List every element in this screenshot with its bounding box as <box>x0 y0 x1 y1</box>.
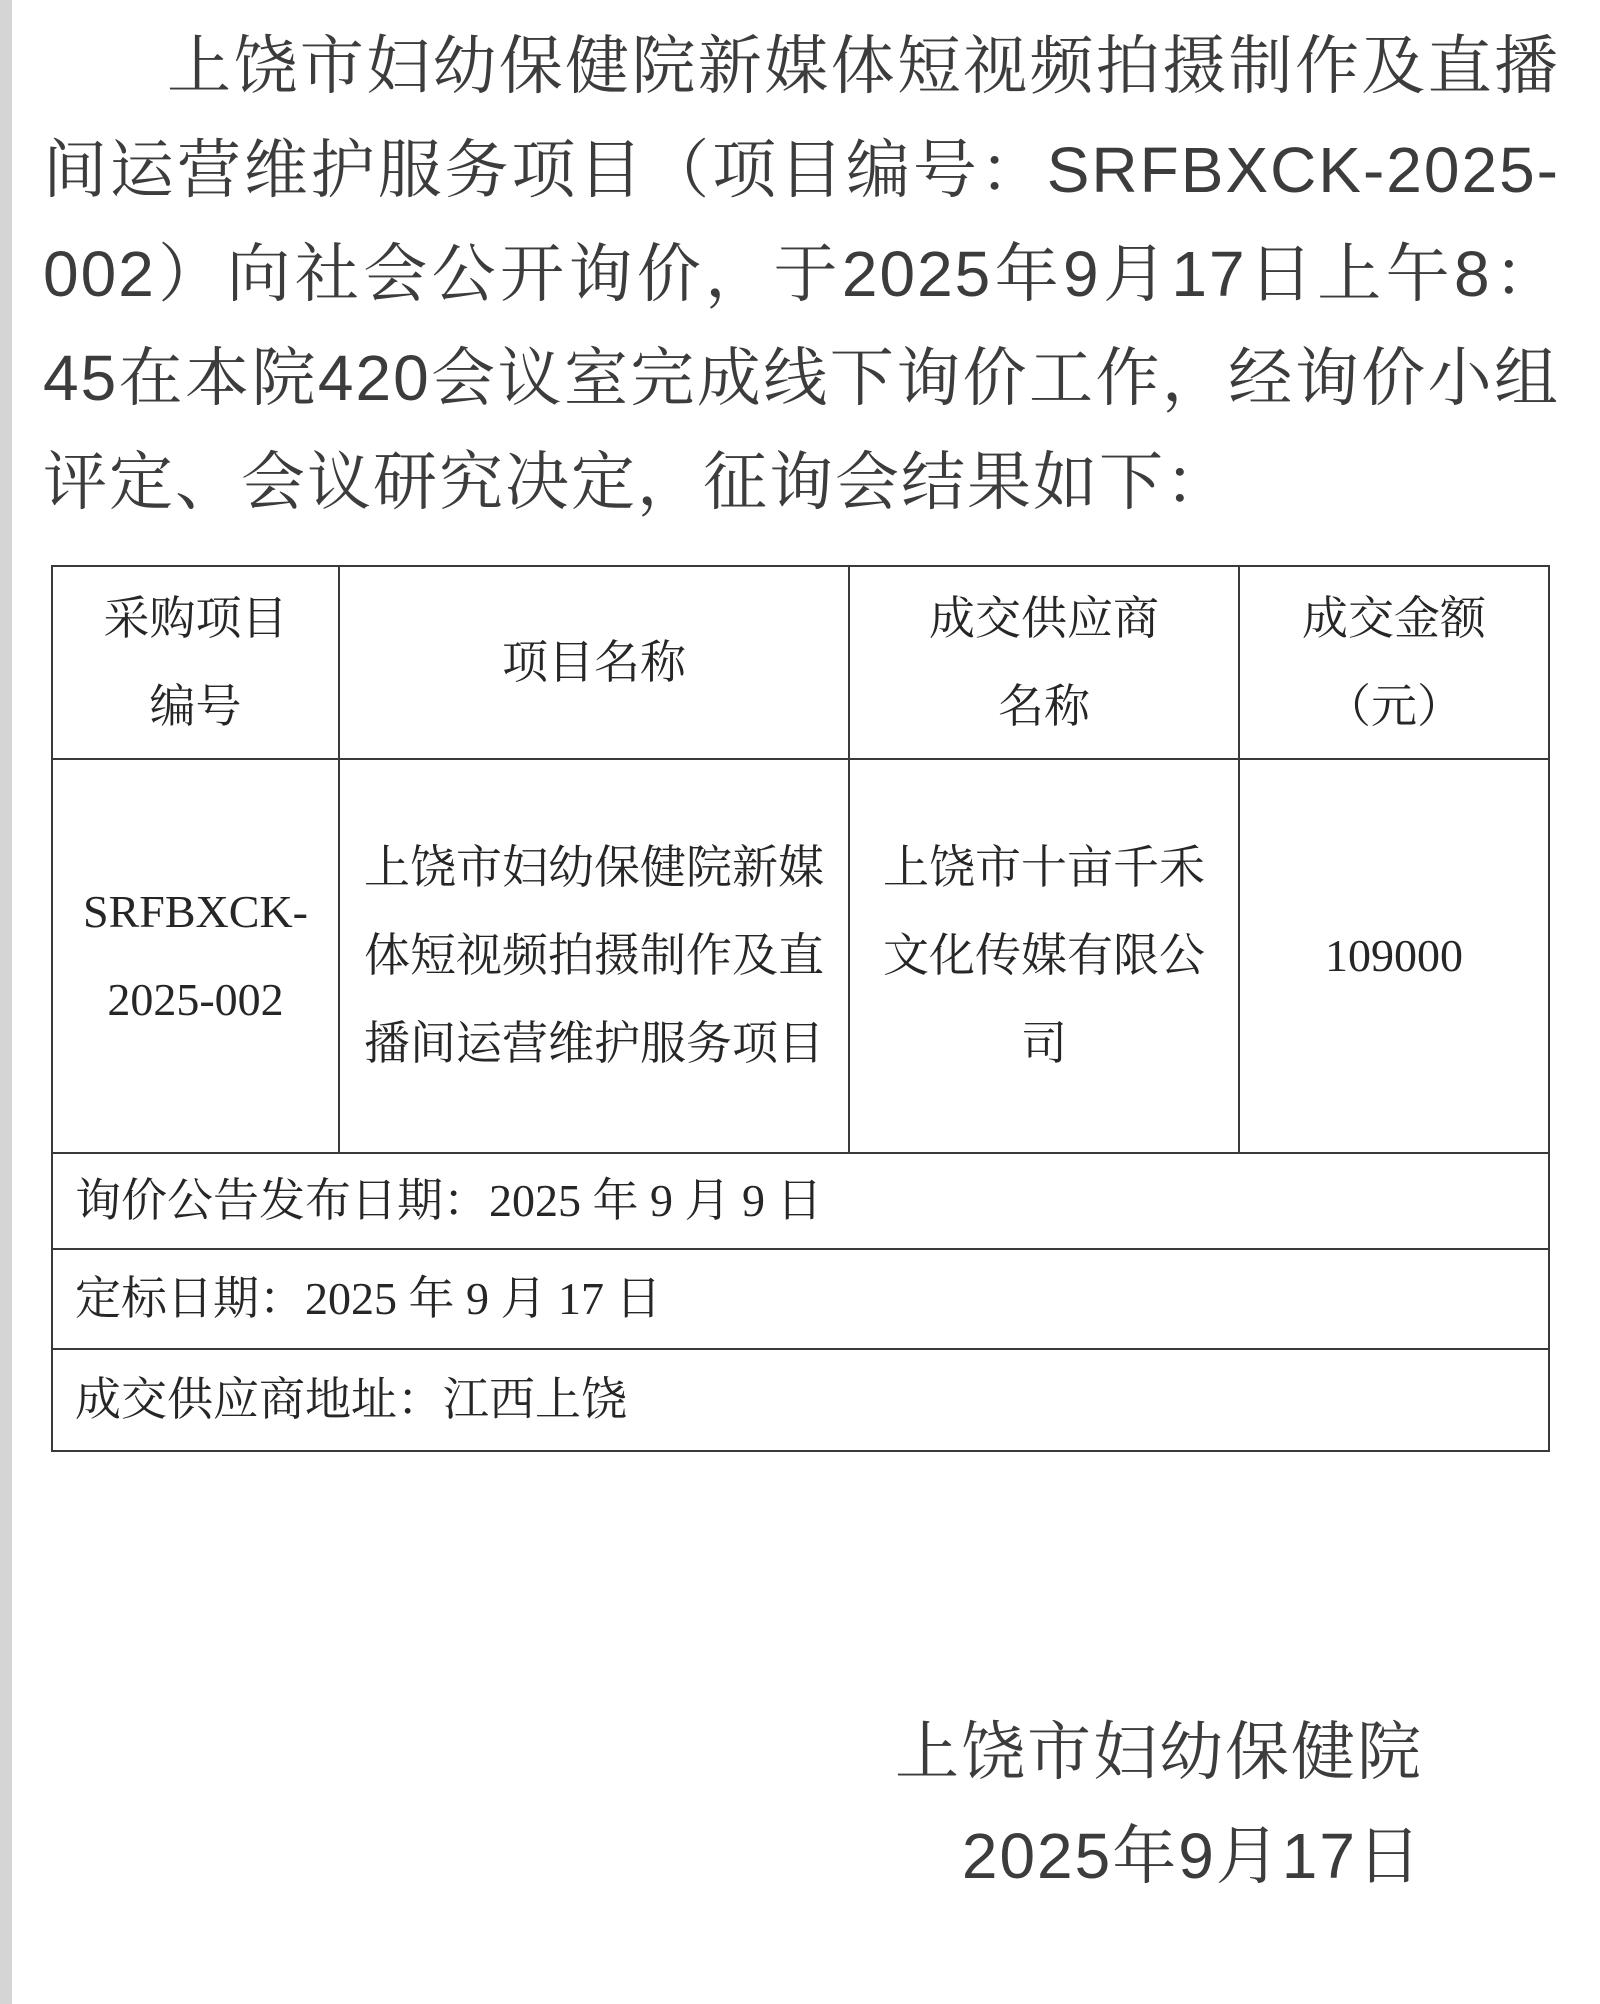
signature-block: 上饶市妇幼保健院 2025年9月17日 <box>0 1700 1423 1908</box>
header-supplier-name-line2: 名称 <box>850 663 1238 751</box>
header-procurement-code-line2: 编号 <box>53 663 338 751</box>
result-table: 采购项目 编号 项目名称 成交供应商 名称 成交金额 （元） SRFBXCK- … <box>51 565 1550 1452</box>
header-procurement-code: 采购项目 编号 <box>52 566 339 759</box>
cell-project-name-line2: 体短视频拍摄制作及直 <box>340 912 848 1000</box>
cell-project-name: 上饶市妇幼保健院新媒 体短视频拍摄制作及直 播间运营维护服务项目 <box>339 759 849 1153</box>
cell-procurement-code-line2: 2025-002 <box>53 956 338 1044</box>
header-supplier-name: 成交供应商 名称 <box>849 566 1239 759</box>
table-note-row: 成交供应商地址：江西上饶 <box>52 1349 1549 1451</box>
table-note-row: 询价公告发布日期：2025 年 9 月 9 日 <box>52 1153 1549 1249</box>
paragraph-line-2: 间运营维护服务项目（项目编号：SRFBXCK-2025- <box>43 118 1560 222</box>
table-note-row: 定标日期：2025 年 9 月 17 日 <box>52 1249 1549 1349</box>
header-supplier-name-line1: 成交供应商 <box>850 575 1238 663</box>
note-award-date: 定标日期：2025 年 9 月 17 日 <box>52 1249 1549 1349</box>
table-header-row: 采购项目 编号 项目名称 成交供应商 名称 成交金额 （元） <box>52 566 1549 759</box>
announcement-paragraph: 上饶市妇幼保健院新媒体短视频拍摄制作及直播 间运营维护服务项目（项目编号：SRF… <box>43 14 1560 534</box>
cell-project-name-line1: 上饶市妇幼保健院新媒 <box>340 824 848 912</box>
paragraph-line-1: 上饶市妇幼保健院新媒体短视频拍摄制作及直播 <box>43 14 1560 118</box>
header-amount-line1: 成交金额 <box>1240 575 1548 663</box>
cell-project-name-line3: 播间运营维护服务项目 <box>340 1000 848 1088</box>
header-procurement-code-line1: 采购项目 <box>53 575 338 663</box>
paragraph-line-5: 评定、会议研究决定，征询会结果如下： <box>43 430 1560 534</box>
signature-org: 上饶市妇幼保健院 <box>0 1700 1423 1804</box>
header-amount-line2: （元） <box>1240 663 1548 751</box>
cell-supplier-name: 上饶市十亩千禾 文化传媒有限公 司 <box>849 759 1239 1153</box>
paragraph-line-3: 002）向社会公开询价，于2025年9月17日上午8： <box>43 222 1560 326</box>
header-project-name: 项目名称 <box>339 566 849 759</box>
note-supplier-address: 成交供应商地址：江西上饶 <box>52 1349 1549 1451</box>
cell-procurement-code: SRFBXCK- 2025-002 <box>52 759 339 1153</box>
header-project-name-line1: 项目名称 <box>340 619 848 707</box>
signature-date: 2025年9月17日 <box>0 1804 1423 1908</box>
table-data-row: SRFBXCK- 2025-002 上饶市妇幼保健院新媒 体短视频拍摄制作及直 … <box>52 759 1549 1153</box>
note-announce-date: 询价公告发布日期：2025 年 9 月 9 日 <box>52 1153 1549 1249</box>
cell-supplier-name-line3: 司 <box>850 1000 1238 1088</box>
header-amount: 成交金额 （元） <box>1239 566 1549 759</box>
cell-supplier-name-line2: 文化传媒有限公 <box>850 912 1238 1000</box>
paragraph-line-4: 45在本院420会议室完成线下询价工作，经询价小组 <box>43 326 1560 430</box>
cell-supplier-name-line1: 上饶市十亩千禾 <box>850 824 1238 912</box>
cell-amount: 109000 <box>1239 759 1549 1153</box>
cell-procurement-code-line1: SRFBXCK- <box>53 868 338 956</box>
cell-amount-value: 109000 <box>1240 912 1548 1000</box>
